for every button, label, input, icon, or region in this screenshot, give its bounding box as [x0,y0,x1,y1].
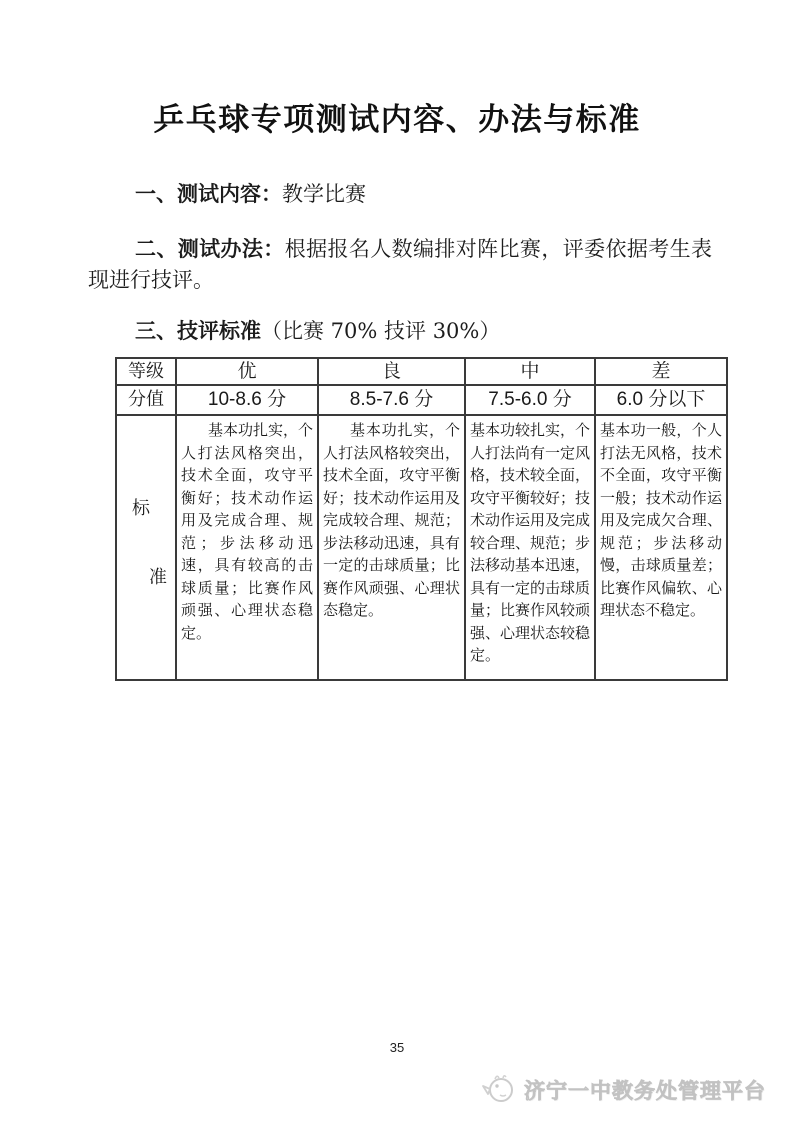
table-row-grade: 等级 优 良 中 差 [116,358,727,385]
score-cell-excellent: 10-8.6 分 [176,385,318,415]
grade-cell-poor: 差 [595,358,727,385]
standard-cell-good: 基本功扎实，个人打法风格较突出，技术全面，攻守平衡好；技术动作运用及完成较合理、… [318,415,465,680]
standard-cell-medium: 基本功较扎实，个人打法尚有一定风格，技术较全面，攻守平衡较好；技术动作运用及完成… [465,415,595,680]
score-cell-medium: 7.5-6.0 分 [465,385,595,415]
standard-header-char-top: 标 [132,499,150,519]
page-title: 乒乓球专项测试内容、办法与标准 [0,98,794,142]
section-3-text: （比赛 70% 技评 30%） [261,319,500,343]
standard-header-char-bottom: 准 [149,568,167,588]
platform-watermark: 济宁一中教务处管理平台 [476,1072,766,1108]
standard-cell-poor: 基本功一般，个人打法无风格，技术不全面，攻守平衡一般；技术动作运用及完成欠合理、… [595,415,727,680]
page-number: 35 [0,1040,794,1055]
table-row-score: 分值 10-8.6 分 8.5-7.6 分 7.5-6.0 分 6.0 分以下 [116,385,727,415]
section-1-text: 教学比赛 [282,182,366,206]
table-row-standard: 标 准 基本功扎实，个人打法风格突出，技术全面，攻守平衡好；技术动作运用及完成合… [116,415,727,680]
document-page: 乒乓球专项测试内容、办法与标准 一、测试内容：教学比赛 二、测试办法：根据报名人… [0,0,794,1123]
watermark-text: 济宁一中教务处管理平台 [524,1075,766,1105]
section-rating-standard: 三、技评标准（比赛 70% 技评 30%） [88,315,712,347]
section-test-method: 二、测试办法：根据报名人数编排对阵比赛，评委依据考生表现进行技评。 [88,233,712,296]
section-2-heading: 二、测试办法： [135,236,285,261]
grade-row-header: 等级 [116,358,176,385]
standard-row-header: 标 准 [116,415,176,680]
score-row-header: 分值 [116,385,176,415]
score-cell-poor: 6.0 分以下 [595,385,727,415]
standard-cell-excellent: 基本功扎实，个人打法风格突出，技术全面，攻守平衡好；技术动作运用及完成合理、规范… [176,415,318,680]
grade-cell-medium: 中 [465,358,595,385]
section-test-content: 一、测试内容：教学比赛 [88,178,712,210]
section-3-heading: 三、技评标准 [135,318,261,343]
grade-cell-excellent: 优 [176,358,318,385]
chick-mascot-icon [476,1072,518,1108]
score-cell-good: 8.5-7.6 分 [318,385,465,415]
section-1-heading: 一、测试内容： [135,181,282,206]
grading-table: 等级 优 良 中 差 分值 10-8.6 分 8.5-7.6 分 7.5-6.0… [115,357,728,681]
grade-cell-good: 良 [318,358,465,385]
